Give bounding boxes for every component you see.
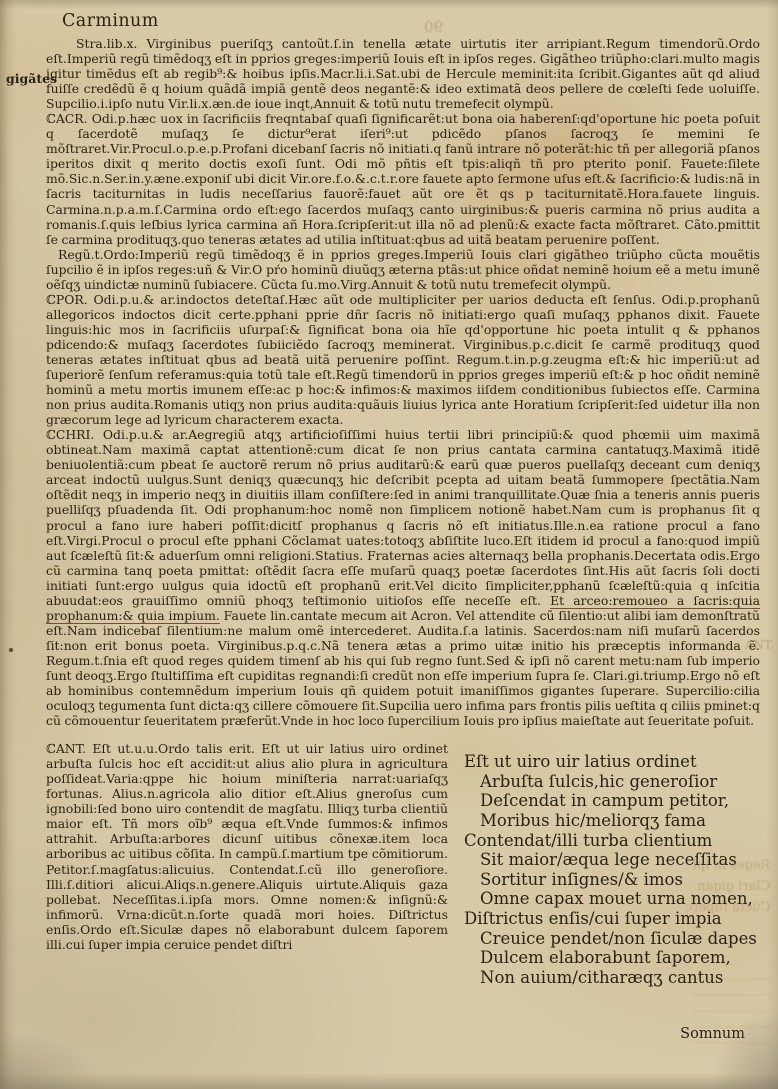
- poem-line: Non auium/citharæqʒ cantus: [464, 968, 760, 988]
- chri-text-after-underline: Fauete lin.cantate mecum ait Acron. Vel …: [46, 608, 760, 728]
- poem-line: Deſcendat in campum petitor,: [464, 791, 760, 811]
- paper-corner-shadow-bottom-left: [0, 1019, 120, 1089]
- poem-line: Omne capax mouet urna nomen,: [464, 889, 760, 909]
- poem-line: Sortitur inſignes/& imos: [464, 870, 760, 890]
- cant-commentary-column: ℂANT. Eſt ut.u.u.Ordo talis erit. Eſt ut…: [46, 741, 448, 987]
- commentary-paragraph-cant: ℂANT. Eſt ut.u.u.Ordo talis erit. Eſt ut…: [46, 741, 448, 952]
- commentary-paragraph-christophorus: ℂCHRI. Odi.p.u.& ar.Aegregiũ atqʒ artifi…: [46, 427, 760, 728]
- poem-line: Sit maior/æqua lege neceſſitas: [464, 850, 760, 870]
- poem-line: Diſtrictus enſis/cui ſuper impia: [464, 909, 760, 929]
- poem-line: Eſt ut uiro uir latius ordinet: [464, 752, 760, 772]
- horace-ode-verse-column: Eſt ut uiro uir latius ordinet Arbuſta ſ…: [464, 741, 760, 987]
- poem-line: Arbuſta ſulcis,hic generoſior: [464, 772, 760, 792]
- poem-line: Contendat/illi turba clientium: [464, 831, 760, 851]
- poem-line: Creuice pendet/non ſiculæ dapes: [464, 929, 760, 949]
- commentary-paragraph-regum: Regũ.t.Ordo:Imperiũ regũ timẽdoqʒ ẽ in p…: [46, 247, 760, 292]
- commentary-paragraph-porphyrio: ℂPOR. Odi.p.u.& ar.indoctos deteſtaſ.Hæc…: [46, 292, 760, 427]
- poem-line: Dulcem elaborabunt ſaporem,: [464, 948, 760, 968]
- commentary-paragraph-intro: Stra.lib.x. Virginibus pueriſqʒ cantoũt.…: [46, 36, 760, 111]
- show-through-page-number: 90: [424, 18, 443, 36]
- paper-corner-shadow-bottom-right: [708, 999, 778, 1089]
- ink-dot: [9, 648, 13, 652]
- text-block: Stra.lib.x. Virginibus pueriſqʒ cantoũt.…: [46, 36, 760, 987]
- chri-text-before-underline: ℂCHRI. Odi.p.u.& ar.Aegregiũ atqʒ artifi…: [46, 427, 760, 608]
- page-header-title: Carminum: [62, 11, 159, 31]
- commentary-paragraph-acron: ℂACR. Odi.p.hæc uox in ſacrificiis freqn…: [46, 111, 760, 246]
- book-page-scan: Carminum 90 gigãtes Stra.lib.x. Virginib…: [0, 0, 778, 1089]
- cant-two-column-section: ℂANT. Eſt ut.u.u.Ordo talis erit. Eſt ut…: [46, 741, 760, 987]
- poem-line: Moribus hic/meliorqʒ fama: [464, 811, 760, 831]
